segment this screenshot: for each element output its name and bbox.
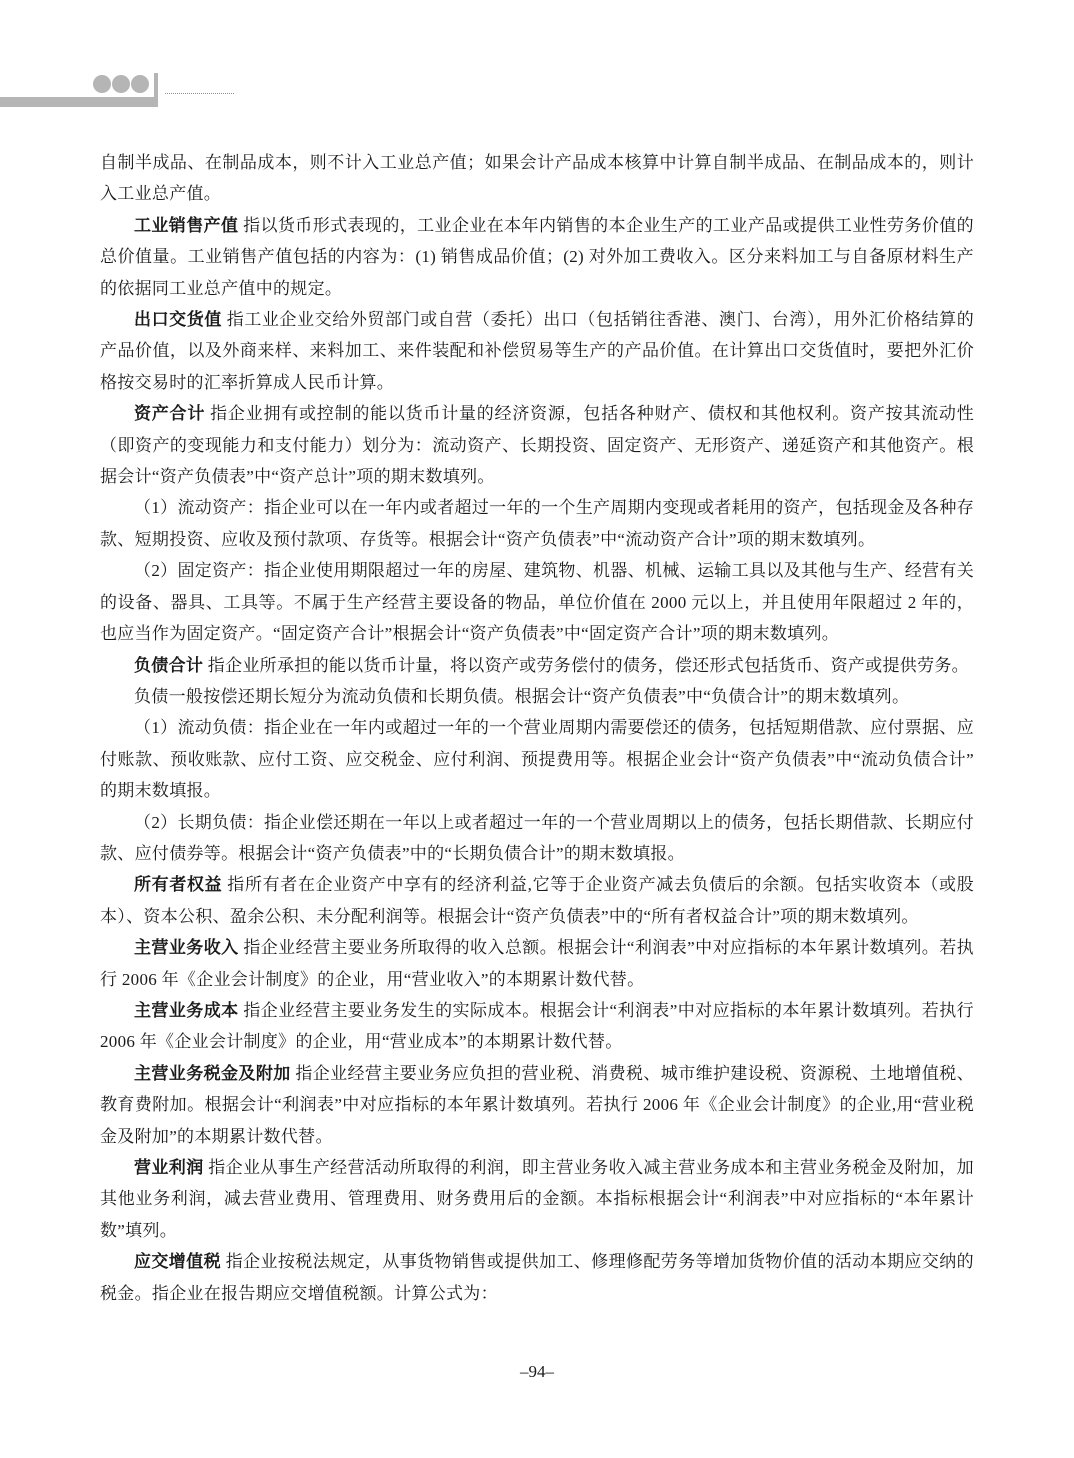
logo-dot-icon: [112, 75, 130, 93]
page-number: –94–: [0, 1362, 1074, 1382]
term-label: 出口交货值: [134, 310, 222, 329]
paragraph: 自制半成品、在制品成本，则不计入工业总产值；如果会计产品成本核算中计算自制半成品…: [100, 147, 974, 210]
term-label: 主营业务成本: [134, 1001, 239, 1020]
header-left-bar: [0, 97, 155, 107]
paragraph: 营业利润 指企业从事生产经营活动所取得的利润，即主营业务收入减主营业务成本和主营…: [100, 1152, 974, 1246]
header-vertical-divider: [154, 73, 158, 107]
paragraph: （2）固定资产：指企业使用期限超过一年的房屋、建筑物、机器、机械、运输工具以及其…: [100, 555, 974, 649]
paragraph: 资产合计 指企业拥有或控制的能以货币计量的经济资源，包括各种财产、债权和其他权利…: [100, 398, 974, 492]
document-page: 自制半成品、在制品成本，则不计入工业总产值；如果会计产品成本核算中计算自制半成品…: [0, 0, 1074, 1458]
paragraph-text: 指所有者在企业资产中享有的经济利益,它等于企业资产减去负债后的余额。包括实收资本…: [100, 875, 974, 925]
term-label: 主营业务收入: [134, 938, 239, 957]
paragraph: （1）流动负债：指企业在一年内或超过一年的一个营业周期内需要偿还的债务，包括短期…: [100, 712, 974, 806]
paragraph: 所有者权益 指所有者在企业资产中享有的经济利益,它等于企业资产减去负债后的余额。…: [100, 869, 974, 932]
term-label: 负债合计: [134, 656, 203, 675]
logo-dot-icon: [93, 75, 111, 93]
term-label: 主营业务税金及附加: [134, 1064, 291, 1083]
term-label: 资产合计: [134, 404, 205, 423]
paragraph: 应交增值税 指企业按税法规定，从事货物销售或提供加工、修理修配劳务等增加货物价值…: [100, 1246, 974, 1309]
term-label: 应交增值税: [134, 1252, 221, 1271]
paragraph: （2）长期负债：指企业偿还期在一年以上或者超过一年的一个营业周期以上的债务，包括…: [100, 807, 974, 870]
logo-dot-icon: [131, 75, 149, 93]
page-header: [0, 0, 1074, 120]
paragraph-text: （1）流动负债：指企业在一年内或超过一年的一个营业周期内需要偿还的债务，包括短期…: [100, 718, 974, 800]
paragraph-text: 指企业拥有或控制的能以货币计量的经济资源，包括各种财产、债权和其他权利。资产按其…: [100, 404, 974, 486]
paragraph: 主营业务收入 指企业经营主要业务所取得的收入总额。根据会计“利润表”中对应指标的…: [100, 932, 974, 995]
paragraph: 出口交货值 指工业企业交给外贸部门或自营（委托）出口（包括销往香港、澳门、台湾）…: [100, 304, 974, 398]
paragraph-text: （1）流动资产：指企业可以在一年内或者超过一年的一个生产周期内变现或者耗用的资产…: [100, 498, 974, 548]
term-label: 所有者权益: [134, 875, 222, 894]
paragraph-text: 负债一般按偿还期长短分为流动负债和长期负债。根据会计“资产负债表”中“负债合计”…: [134, 687, 909, 706]
paragraph-text: 指工业企业交给外贸部门或自营（委托）出口（包括销往香港、澳门、台湾），用外汇价格…: [100, 310, 974, 392]
paragraph-text: （2）固定资产：指企业使用期限超过一年的房屋、建筑物、机器、机械、运输工具以及其…: [100, 561, 974, 643]
paragraph-text: 自制半成品、在制品成本，则不计入工业总产值；如果会计产品成本核算中计算自制半成品…: [100, 153, 974, 203]
paragraph: 主营业务税金及附加 指企业经营主要业务应负担的营业税、消费税、城市维护建设税、资…: [100, 1058, 974, 1152]
paragraph-text: 指企业所承担的能以货币计量，将以资产或劳务偿付的债务，偿还形式包括货币、资产或提…: [208, 656, 969, 675]
paragraph: （1）流动资产：指企业可以在一年内或者超过一年的一个生产周期内变现或者耗用的资产…: [100, 492, 974, 555]
paragraph-text: 指企业从事生产经营活动所取得的利润，即主营业务收入减主营业务成本和主营业务税金及…: [100, 1158, 974, 1240]
paragraph: 负债一般按偿还期长短分为流动负债和长期负债。根据会计“资产负债表”中“负债合计”…: [100, 681, 974, 712]
document-body: 自制半成品、在制品成本，则不计入工业总产值；如果会计产品成本核算中计算自制半成品…: [100, 147, 974, 1309]
paragraph: 主营业务成本 指企业经营主要业务发生的实际成本。根据会计“利润表”中对应指标的本…: [100, 995, 974, 1058]
term-label: 营业利润: [134, 1158, 204, 1177]
paragraph: 工业销售产值 指以货币形式表现的，工业企业在本年内销售的本企业生产的工业产品或提…: [100, 210, 974, 304]
paragraph-text: （2）长期负债：指企业偿还期在一年以上或者超过一年的一个营业周期以上的债务，包括…: [100, 813, 974, 863]
term-label: 工业销售产值: [134, 216, 238, 235]
paragraph: 负债合计 指企业所承担的能以货币计量，将以资产或劳务偿付的债务，偿还形式包括货币…: [100, 650, 974, 681]
header-dotted-rule: [165, 93, 234, 94]
paragraph-text: 指企业按税法规定，从事货物销售或提供加工、修理修配劳务等增加货物价值的活动本期应…: [100, 1252, 974, 1302]
